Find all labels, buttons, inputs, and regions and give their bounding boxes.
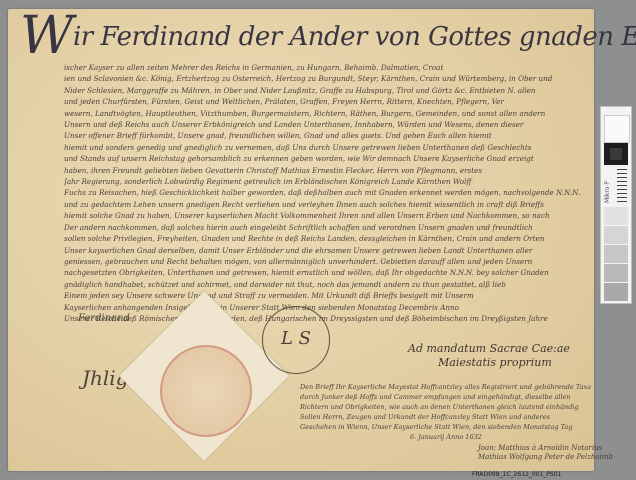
countersignature: Joan: Matthias à Arnoldin Notarius Mathi… <box>478 444 613 462</box>
registration-line: Geschehen in Wienn, Unser Kayserliche St… <box>300 422 600 432</box>
body-line: ischer Kayser zu allen zeiten Mehrer des… <box>64 62 584 73</box>
body-line: sollen solche Privilegien, Freyheiten, G… <box>64 233 584 244</box>
registration-line: Sollen Herrn, Zeugen und Urkundt der Hof… <box>300 412 600 422</box>
gray-patch <box>604 283 628 301</box>
body-line: und Stands auf unsern Reichstag gehorsam… <box>64 153 584 164</box>
registration-line: Richtern und Obrigkeiten, wie auch an de… <box>300 402 600 412</box>
ruler-scale-icon <box>617 169 627 203</box>
signature-ferdinand: Ferdinand <box>78 313 130 324</box>
gray-patch <box>604 226 628 244</box>
body-line: hiemit solche Gnad zu haben, Unserer kay… <box>64 210 584 221</box>
body-line: Nider Schlesien, Marggraffe zu Mähren, i… <box>64 85 584 96</box>
target-brand-label: Mikro P <box>604 167 616 203</box>
black-patch <box>604 143 628 165</box>
registration-date: 6. Januarij Anno 1632 <box>300 432 600 442</box>
body-line: Kayserlichen anhangenden Insigel, Geben … <box>64 302 584 313</box>
countersignature-line: Joan: Matthias à Arnoldin Notarius <box>478 444 613 453</box>
image-filename-label: FRAD098_1C_2612_001_PS01 <box>472 471 561 478</box>
body-line: ien und Sclavonien &c. König, Ertzhertzo… <box>64 73 584 84</box>
gray-patch <box>604 207 628 225</box>
body-line: Einem jeden sey Unsere schwere Ungnad un… <box>64 290 584 301</box>
body-line: und jeden Churfürsten, Fürsten, Geist un… <box>64 96 584 107</box>
gray-patch <box>604 245 628 263</box>
body-line: und zu gedachtem Lehen unsern gnedigen R… <box>64 199 584 210</box>
heading-text: ir Ferdinand der Ander von Gottes gnaden… <box>73 22 636 52</box>
registration-note: Den Brieff Ihr Kayserliche Mayestat Hoff… <box>300 382 600 442</box>
body-line: geniessen, gebrauchen und Recht behalten… <box>64 256 584 267</box>
gray-patch <box>604 264 628 282</box>
mandate-line: Ad mandatum Sacrae Cae:ae <box>408 342 570 356</box>
body-line: Der andern nachkommen, daß solches hieri… <box>64 222 584 233</box>
mandate-line: Maiestatis proprium <box>408 356 570 370</box>
registration-line: Den Brieff Ihr Kayserliche Mayestat Hoff… <box>300 382 600 392</box>
body-line: Jahr Regierung, sonderlich Lobwürdig Reg… <box>64 176 584 187</box>
countersignature-line: Mathias Wolfgang Peter de Pelzhaimb <box>478 453 613 462</box>
mandate-clause: Ad mandatum Sacrae Cae:ae Maiestatis pro… <box>408 342 570 370</box>
locus-sigilli-mark: L S <box>262 306 330 374</box>
body-line: gnädiglich handhabet, schützet und schir… <box>64 279 584 290</box>
wax-seal-icon <box>160 345 252 437</box>
body-line: Unser offener Brieff fürkombt, Unsere gn… <box>64 130 584 141</box>
body-line: Unsern und deß Reichs auch Unserer Erbkö… <box>64 119 584 130</box>
registration-line: durch Junker deß Hoffs und Cammer empfan… <box>300 392 600 402</box>
white-patch <box>604 115 630 143</box>
body-line: wesern, Landtvögten, Hauptleuthen, Vitzt… <box>64 108 584 119</box>
body-line: Unser kayserlichen Gnad derselben, damit… <box>64 245 584 256</box>
body-line: hiemit und sonders genedig und gnediglic… <box>64 142 584 153</box>
document-body: ischer Kayser zu allen zeiten Mehrer des… <box>64 62 584 324</box>
decorated-initial: W <box>20 6 73 66</box>
color-calibration-target: Mikro P <box>600 106 632 304</box>
body-line: haben, ihren Freundt geliebten lieben Ge… <box>64 165 584 176</box>
body-line: Fuchs zu Reisachen, hieß Geschicklichkei… <box>64 187 584 198</box>
body-line: nachgesetzten Obrigkeiten, Unterthanen u… <box>64 267 584 278</box>
document-heading: Wir Ferdinand der Ander von Gottes gnade… <box>20 16 590 56</box>
